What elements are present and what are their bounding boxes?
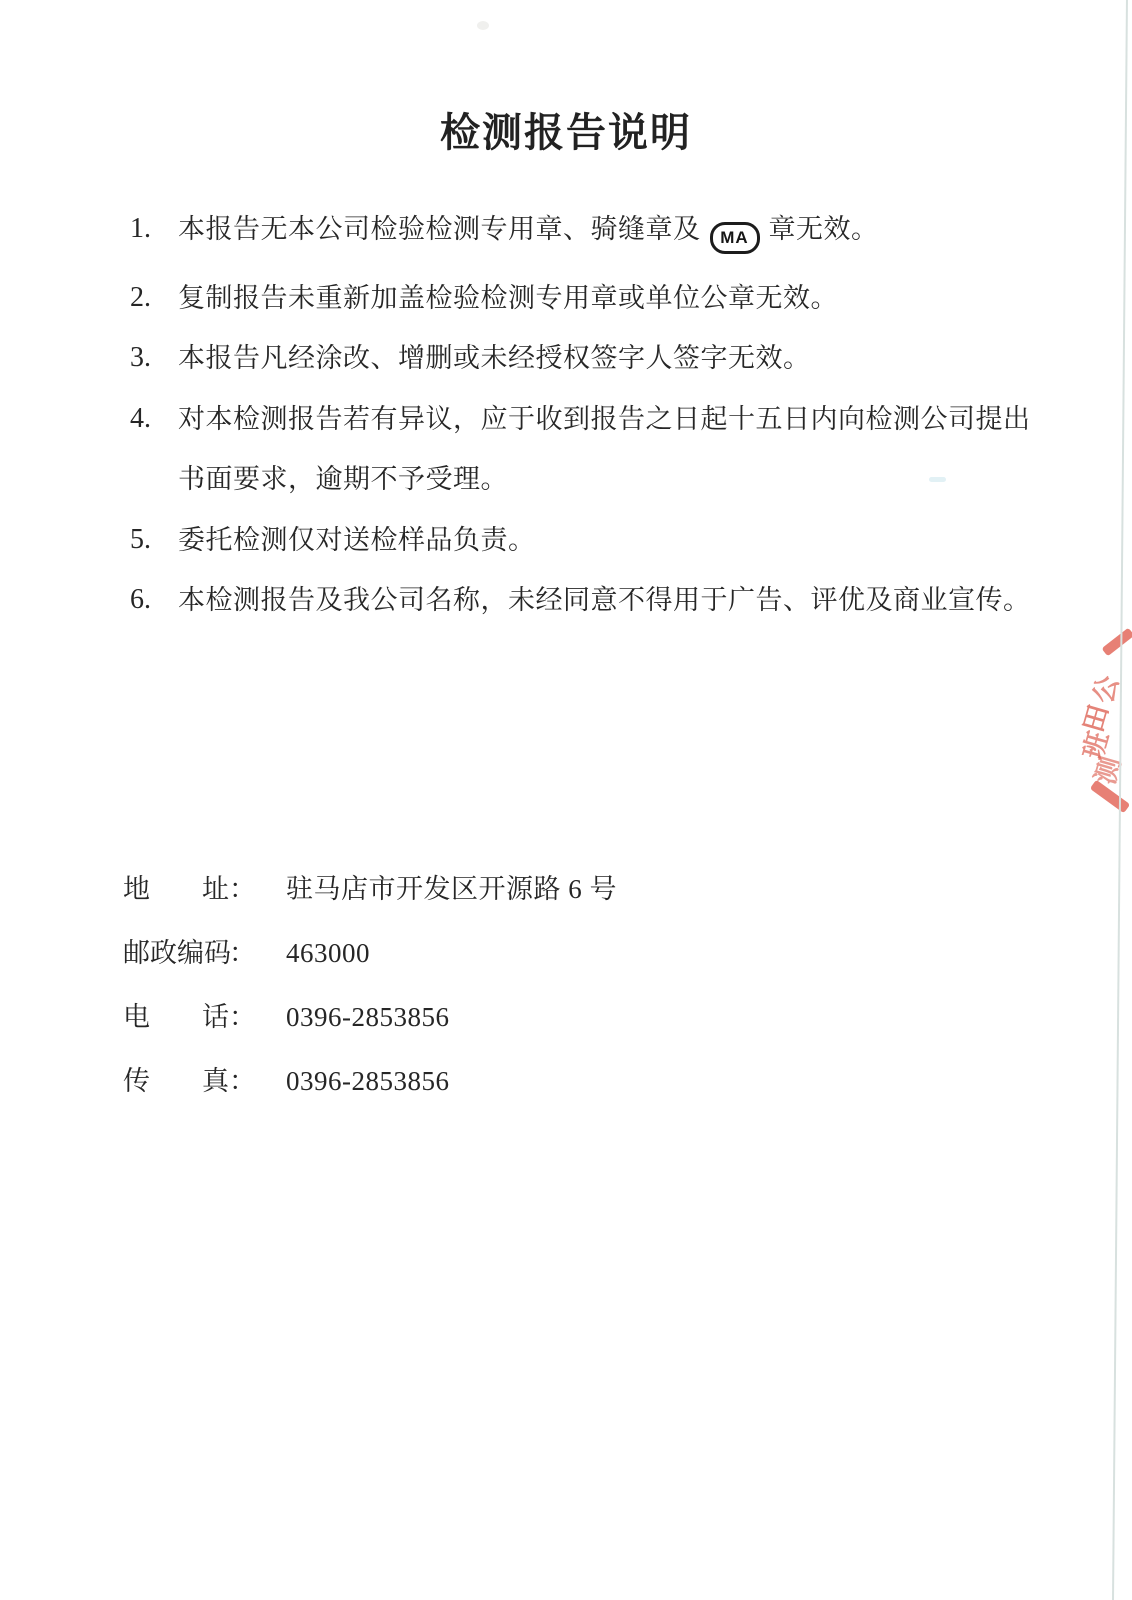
contact-colon: ： — [229, 1064, 256, 1098]
contact-block: 地址：驻马店市开发区开源路 6 号 邮政编码：463000 电话：0396-28… — [123, 872, 617, 1128]
list-item: 1. 本报告无本公司检验检测专用章、骑缝章及MA章无效。 — [130, 212, 1044, 254]
stamp-glyph: 班 — [1080, 729, 1113, 762]
list-item: 6. 本检测报告及我公司名称，未经同意不得用于广告、评优及商业宣传。 — [130, 583, 1044, 617]
item-text: 对本检测报告若有异议，应于收到报告之日起十五日内向检测公司提出 书面要求，逾期不… — [178, 402, 1044, 497]
item-number: 2. — [130, 281, 178, 315]
contact-value: 驻马店市开发区开源路 6 号 — [286, 872, 617, 906]
contact-colon: ： — [229, 1000, 256, 1034]
contact-label: 地址 — [123, 872, 229, 906]
scan-smudge — [477, 21, 489, 30]
item-text: 本报告无本公司检验检测专用章、骑缝章及MA章无效。 — [178, 212, 1044, 254]
item-text-line: 本报告凡经涂改、增删或未经授权签字人签字无效。 — [178, 341, 1044, 375]
item-number: 1. — [130, 212, 178, 254]
contact-colon: ： — [229, 936, 256, 970]
item-text-line: 书面要求，逾期不予受理。 — [178, 462, 1044, 496]
list-item: 4. 对本检测报告若有异议，应于收到报告之日起十五日内向检测公司提出 书面要求，… — [130, 402, 1044, 497]
item-text: 复制报告未重新加盖检验检测专用章或单位公章无效。 — [178, 281, 1044, 315]
stamp-glyph: 田 — [1080, 702, 1113, 735]
contact-colon: ： — [229, 872, 256, 906]
scan-smudge — [929, 477, 946, 482]
item-number: 3. — [130, 341, 178, 375]
stamp-border-stroke — [1090, 780, 1130, 814]
item-number: 4. — [130, 402, 178, 497]
page-edge-line — [1112, 0, 1128, 1600]
document-page: 检测报告说明 1. 本报告无本公司检验检测专用章、骑缝章及MA章无效。 2. 复… — [0, 0, 1132, 1600]
list-item: 3. 本报告凡经涂改、增删或未经授权签字人签字无效。 — [130, 341, 1044, 375]
list-item: 5. 委托检测仅对送检样品负责。 — [130, 523, 1044, 557]
contact-label: 传真 — [123, 1064, 229, 1098]
list-item: 2. 复制报告未重新加盖检验检测专用章或单位公章无效。 — [130, 281, 1044, 315]
contact-value: 0396-2853856 — [286, 1064, 450, 1098]
contact-value: 0396-2853856 — [286, 1000, 450, 1034]
item-text-line: 复制报告未重新加盖检验检测专用章或单位公章无效。 — [178, 281, 1044, 315]
stamp-border-stroke — [1102, 628, 1132, 657]
contact-row-fax: 传真：0396-2853856 — [123, 1064, 617, 1098]
contact-label: 邮政编码 — [123, 936, 229, 970]
contact-label: 电话 — [123, 1000, 229, 1034]
contact-row-phone: 电话：0396-2853856 — [123, 1000, 617, 1034]
contact-value: 463000 — [286, 936, 370, 970]
item-text-segment: 本报告无本公司检验检测专用章、骑缝章及 — [178, 214, 701, 244]
item-text: 本报告凡经涂改、增删或未经授权签字人签字无效。 — [178, 341, 1044, 375]
item-text-line: 委托检测仅对送检样品负责。 — [178, 523, 1044, 557]
contact-row-address: 地址：驻马店市开发区开源路 6 号 — [123, 872, 617, 906]
item-text-segment: 章无效。 — [769, 214, 879, 244]
stamp-glyph: 公 — [1090, 673, 1123, 706]
item-number: 5. — [130, 523, 178, 557]
item-text: 委托检测仅对送检样品负责。 — [178, 523, 1044, 557]
contact-row-postcode: 邮政编码：463000 — [123, 936, 617, 970]
item-number: 6. — [130, 583, 178, 617]
item-text-line: 本检测报告及我公司名称，未经同意不得用于广告、评优及商业宣传。 — [178, 583, 1044, 617]
notes-list: 1. 本报告无本公司检验检测专用章、骑缝章及MA章无效。 2. 复制报告未重新加… — [130, 212, 1044, 644]
item-text: 本检测报告及我公司名称，未经同意不得用于广告、评优及商业宣传。 — [178, 583, 1044, 617]
cma-mark-icon: MA — [710, 222, 760, 254]
item-text-line: 对本检测报告若有异议，应于收到报告之日起十五日内向检测公司提出 — [178, 402, 1044, 436]
page-title: 检测报告说明 — [0, 101, 1132, 158]
cma-mark-label: MA — [713, 225, 757, 251]
